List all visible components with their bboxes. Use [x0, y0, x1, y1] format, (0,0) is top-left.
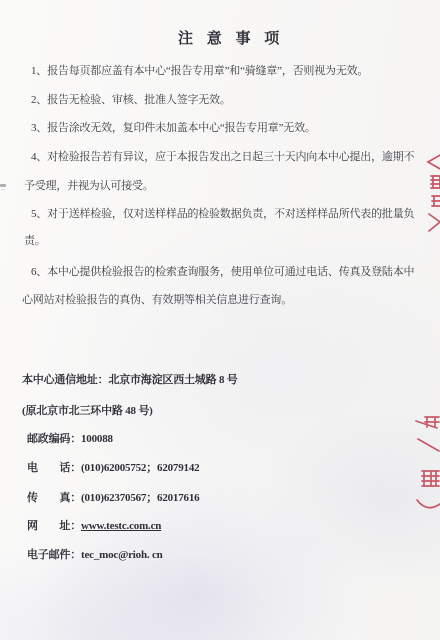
- note-line-6: 6、本中心提供检验报告的检索查询服务，使用单位可通过电话、传真及登陆本中: [31, 265, 414, 280]
- contact-former-address-text: (原北京市北三环中路 48 号): [22, 405, 153, 417]
- note-line-2: 2、报告无检验、审核、批准人签字无效。: [31, 93, 231, 108]
- contact-postcode-label: 邮政编码：: [27, 433, 81, 445]
- note-line-5-wrap: 责。: [24, 234, 46, 249]
- contact-phone-label: 电 话：: [27, 462, 81, 474]
- contact-postcode: 邮政编码：100088: [27, 432, 113, 447]
- contact-email-value: tec_moc@rioh. cn: [81, 549, 163, 561]
- note-line-1: 1、报告每页都应盖有本中心“报告专用章”和“骑缝章”，否则视为无效。: [31, 64, 368, 79]
- note-line-3: 3、报告涂改无效，复印件未加盖本中心“报告专用章”无效。: [31, 121, 316, 136]
- scanned-notice-document: 注 意 事 项 1、报告每页都应盖有本中心“报告专用章”和“骑缝章”，否则视为无…: [0, 0, 440, 640]
- contact-postcode-value: 100088: [81, 433, 113, 445]
- contact-phone: 电 话：(010)62005752；62079142: [27, 461, 199, 476]
- contact-email-label: 电子邮件：: [27, 549, 81, 561]
- contact-fax-value: (010)62370567；62017616: [81, 492, 199, 504]
- note-line-4-wrap: 予受理，并视为认可接受。: [24, 179, 154, 194]
- red-seal-fragment-lower-icon: [415, 468, 440, 516]
- contact-address: 本中心通信地址：北京市海淀区西土城路 8 号: [22, 373, 238, 388]
- note-line-4: 4、对检验报告若有异议，应于本报告发出之日起三十天内向本中心提出，逾期不: [31, 150, 414, 165]
- contact-website-label: 网 址：: [27, 520, 81, 532]
- contact-fax: 传 真：(010)62370567；62017616: [27, 491, 199, 506]
- contact-address-value: 北京市海淀区西土城路 8 号: [108, 374, 237, 386]
- contact-website: 网 址：www.testc.com.cn: [27, 519, 161, 534]
- contact-fax-label: 传 真：: [27, 492, 81, 504]
- contact-former-address: (原北京市北三环中路 48 号): [22, 404, 153, 419]
- red-seal-fragment-middle-icon: [413, 415, 440, 457]
- contact-website-value: www.testc.com.cn: [81, 520, 161, 532]
- contact-phone-value: (010)62005752；62079142: [81, 462, 199, 474]
- contact-address-label: 本中心通信地址：: [22, 374, 108, 386]
- paper-edge-smudge: [0, 184, 6, 187]
- page-title: 注 意 事 项: [178, 27, 284, 48]
- contact-email: 电子邮件：tec_moc@rioh. cn: [27, 548, 163, 563]
- note-line-6-wrap: 心网站对检验报告的真伪、有效期等相关信息进行查询。: [22, 293, 292, 308]
- note-line-5: 5、对于送样检验，仅对送样样品的检验数据负责，不对送样样品所代表的批量负: [31, 207, 414, 222]
- red-seal-fragment-upper-icon: [423, 152, 440, 240]
